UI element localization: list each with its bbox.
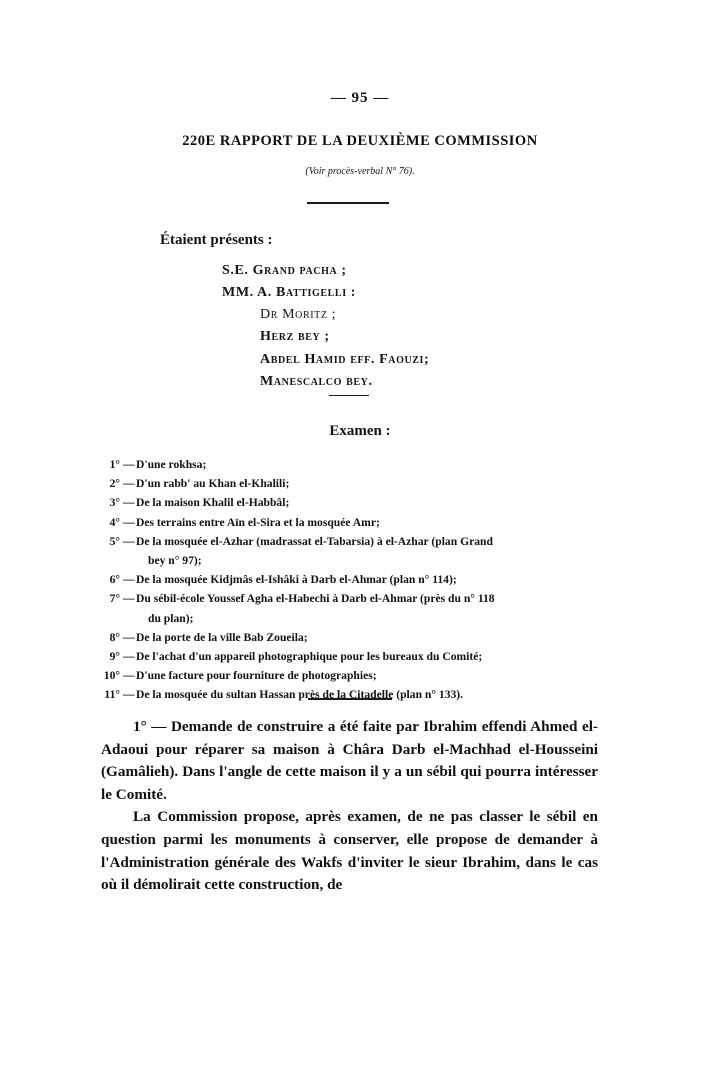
item-dash: —: [123, 685, 135, 704]
item-text: Des terrains entre Aïn el-Sira et la mos…: [136, 513, 608, 532]
item-text: De la maison Khalil el-Habbâl;: [136, 493, 608, 512]
item-dash: —: [123, 666, 135, 685]
item-text: De la porte de la ville Bab Zoueila;: [136, 628, 608, 647]
item-number: 10°: [98, 666, 120, 685]
item-dash: —: [123, 474, 135, 493]
report-title: 220e Rapport de la Deuxième Commission: [0, 133, 720, 150]
page-number: — 95 —: [0, 90, 720, 107]
item-continuation: bey n° 97);: [136, 551, 608, 570]
attendee: Manescalco bey.: [260, 374, 373, 390]
list-item: 6° — De la mosquée Kidjmâs el-Ishâki à D…: [98, 570, 608, 589]
item-dash: —: [123, 532, 135, 551]
divider-rule: [308, 698, 392, 700]
attendee: Herz bey ;: [260, 329, 330, 345]
list-item: 11° — De la mosquée du sultan Hassan prè…: [98, 685, 608, 704]
item-number: 1°: [98, 455, 120, 474]
paragraph: 1° — Demande de construire a été faite p…: [101, 716, 598, 806]
list-item: 10° — D'une facture pour fourniture de p…: [98, 666, 608, 685]
item-text: D'une rokhsa;: [136, 455, 608, 474]
item-number: 7°: [98, 589, 120, 608]
item-text: De l'achat d'un appareil photographique …: [136, 647, 608, 666]
list-item: 7° — Du sébil-école Youssef Agha el-Habe…: [98, 589, 608, 627]
item-text: De la mosquée el-Azhar (madrassat el-Tab…: [136, 532, 608, 551]
item-number: 4°: [98, 513, 120, 532]
item-dash: —: [123, 513, 135, 532]
item-number: 11°: [98, 685, 120, 704]
section-heading: Examen :: [0, 423, 720, 440]
item-text: De la mosquée Kidjmâs el-Ishâki à Darb e…: [136, 570, 608, 589]
attendee: Dr Moritz ;: [260, 307, 336, 323]
list-item: 3° — De la maison Khalil el-Habbâl;: [98, 493, 608, 512]
item-dash: —: [123, 570, 135, 589]
item-text: D'une facture pour fourniture de photogr…: [136, 666, 608, 685]
item-number: 6°: [98, 570, 120, 589]
item-dash: —: [123, 647, 135, 666]
item-text: Du sébil-école Youssef Agha el-Habechi à…: [136, 589, 608, 608]
item-number: 3°: [98, 493, 120, 512]
list-item: 8° — De la porte de la ville Bab Zoueila…: [98, 628, 608, 647]
item-number: 9°: [98, 647, 120, 666]
list-item: 9° — De l'achat d'un appareil photograph…: [98, 647, 608, 666]
divider-rule: [307, 202, 389, 204]
item-number: 8°: [98, 628, 120, 647]
item-text: De la mosquée du sultan Hassan près de l…: [136, 685, 608, 704]
item-dash: —: [123, 493, 135, 512]
item-number: 5°: [98, 532, 120, 551]
attendance-label: Étaient présents :: [160, 232, 273, 249]
item-continuation: du plan);: [136, 609, 608, 628]
body-text: 1° — Demande de construire a été faite p…: [101, 716, 598, 897]
exam-list: 1° — D'une rokhsa; 2° — D'un rabb' au Kh…: [98, 455, 608, 705]
list-item: 1° — D'une rokhsa;: [98, 455, 608, 474]
divider-rule: [329, 395, 369, 396]
report-subtitle: (Voir procès-verbal N° 76).: [0, 166, 720, 177]
attendee: S.E. Grand pacha ;: [222, 263, 347, 279]
attendee: MM. A. Battigelli :: [222, 285, 356, 301]
list-item: 5° — De la mosquée el-Azhar (madrassat e…: [98, 532, 608, 570]
item-text: D'un rabb' au Khan el-Khalili;: [136, 474, 608, 493]
item-number: 2°: [98, 474, 120, 493]
paragraph: La Commission propose, après examen, de …: [101, 806, 598, 896]
list-item: 2° — D'un rabb' au Khan el-Khalili;: [98, 474, 608, 493]
item-dash: —: [123, 589, 135, 608]
item-dash: —: [123, 628, 135, 647]
attendee: Abdel Hamid eff. Faouzi;: [260, 352, 429, 368]
list-item: 4° — Des terrains entre Aïn el-Sira et l…: [98, 513, 608, 532]
item-dash: —: [123, 455, 135, 474]
